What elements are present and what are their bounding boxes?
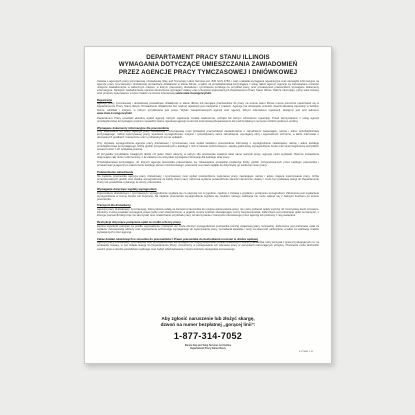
body-text-flow: Ustawa o agencjach pracy tymczasowej i d… <box>97 80 319 306</box>
title-line-2: WYMAGANIA DOTYCZĄCE UMIESZCZANIA ZAWIADO… <box>97 61 319 68</box>
section-paragraph: Przy skierowaniu do pracy agencja pracy … <box>97 130 319 139</box>
section-heading: Transport dla dniówkarzy <box>97 203 319 207</box>
section-paragraph: W przypadku przydziałów trwających dłuże… <box>97 153 319 159</box>
intro-paragraph: Ustawa o agencjach pracy tymczasowej i d… <box>97 80 319 95</box>
section-paragraph: Łączna wysokość potrąceń za posiłki, wyp… <box>97 225 319 234</box>
section-wage-payment: Wymagania dotyczące wypłaty wynagrodzeń … <box>97 187 319 201</box>
section-work-verification: Potwierdzenie zatrudnienia Na żądanie pr… <box>97 170 319 184</box>
hotline-footer: Illinois Day and Temp Services Act Hotli… <box>95 345 321 351</box>
poster-page: DEPARTAMENT PRACY STANU ILLINOIS WYMAGAN… <box>84 46 332 364</box>
section-paragraph: Agencje pracy tymczasowej i dniówkowej p… <box>97 102 319 114</box>
section-required-documents: Wymagane dokumenty informacyjne dla prac… <box>97 126 319 168</box>
hotline-callout-line-2: dzwoń na numer bezpłatnej „gorącej linii… <box>95 322 321 328</box>
poster-title: DEPARTAMENT PRACY STANU ILLINOIS WYMAGAN… <box>97 54 319 76</box>
hotline-phone-number: 1-877-314-7052 <box>95 331 321 341</box>
intro-website-link: www.state.il.us/agency/idol. <box>176 92 212 95</box>
section-fee-restrictions: Restrykcje dotyczące potrącania opłat za… <box>97 220 319 234</box>
section-retaliation-prohibited: Zakaz działań odwetowych w stosunku do p… <box>97 237 319 251</box>
section-heading: Potwierdzenie zatrudnienia <box>97 170 319 174</box>
footer-line-2: Departament Pracy Stanu Illinois <box>95 348 321 351</box>
section-paragraph: Pracownikom dniówkowym i tymczasowym wyn… <box>97 192 319 201</box>
section-paragraph: Na żądanie pracownika agencja pracy dnió… <box>97 175 319 184</box>
section-transportation: Transport dla dniówkarzy Agencja pracy d… <box>97 203 319 217</box>
title-line-3: PRZEZ AGENCJE PRACY TYMCZASOWEJ I DNIÓWK… <box>97 69 319 76</box>
section-heading: Wymagania dotyczące wypłaty wynagrodzeń <box>97 187 319 191</box>
section-paragraph: Przedsiębiorstwa korzystające, do któryc… <box>97 161 319 167</box>
poster-content: DEPARTAMENT PRACY STANU ILLINOIS WYMAGAN… <box>85 47 331 363</box>
section-paragraph: Przy wypłacie wynagrodzenia agencja prac… <box>97 142 319 151</box>
section-registration: Rejestracja Agencje pracy tymczasowej i … <box>97 98 319 123</box>
registration-website-link: www.state.il.us/agency/idol. <box>97 112 133 115</box>
section-heading: Restrykcje dotyczące potrącania opłat za… <box>97 220 319 224</box>
hotline-block: Aby zgłosić naruszenie lub złożyć skargę… <box>95 316 321 351</box>
section-paragraph: Agencja pracy dniówkowej i tymczasowej, … <box>97 208 319 217</box>
form-code: ILDTSAP 1.10 <box>299 351 313 353</box>
section-paragraph: Agencja pracy dniówkowej i tymczasowej o… <box>97 241 319 250</box>
section-paragraph: Departament Pracy prowadzi aktualny wyka… <box>97 117 319 123</box>
hotline-callout: Aby zgłosić naruszenie lub złożyć skargę… <box>95 316 321 328</box>
paragraph-text: Agencje pracy tymczasowej i dniówkowej p… <box>97 102 319 111</box>
